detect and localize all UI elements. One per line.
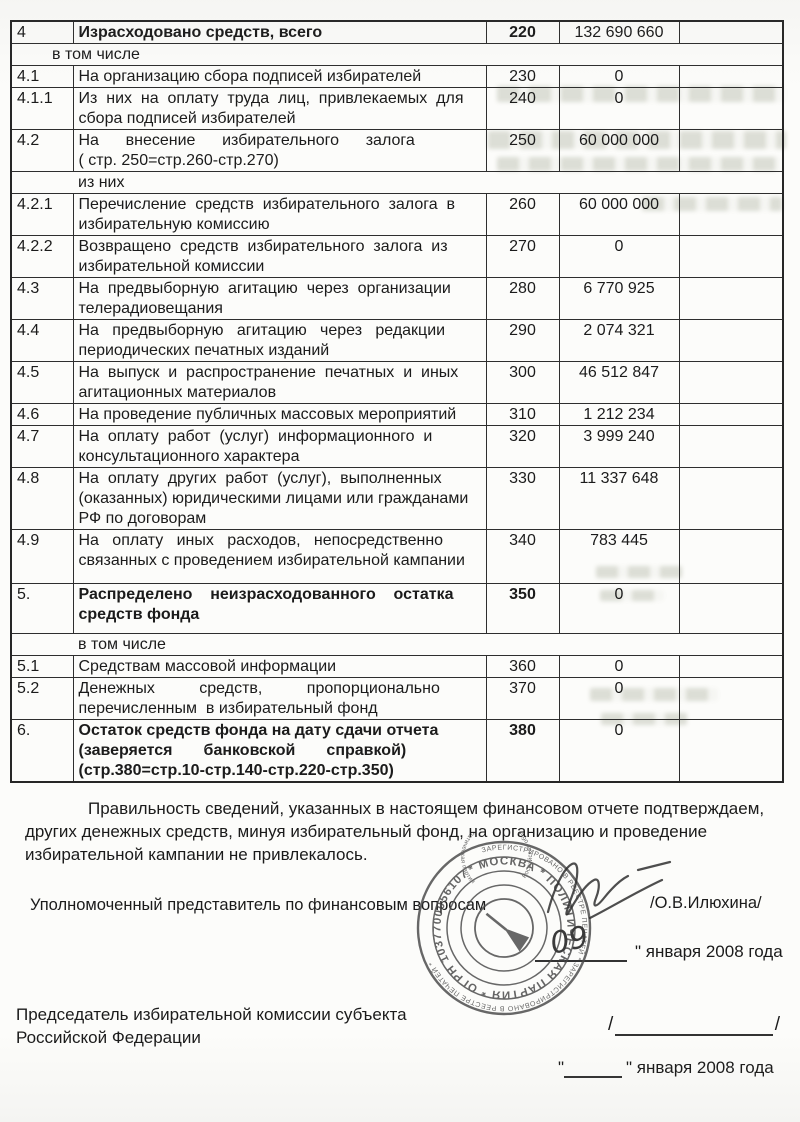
handwritten-marks: 09 bbox=[520, 840, 800, 980]
extra-cell bbox=[679, 426, 783, 468]
row-number-cell: 5. bbox=[11, 584, 73, 634]
row-number-cell: 4.5 bbox=[11, 362, 73, 404]
extra-cell bbox=[679, 468, 783, 530]
chairman-label-line: Российской Федерации bbox=[16, 1026, 407, 1049]
amount-cell: 60 000 000 bbox=[559, 130, 679, 172]
line-code-cell: 250 bbox=[486, 130, 559, 172]
line-code-cell: 380 bbox=[486, 720, 559, 783]
row-number-cell: 4 bbox=[11, 21, 73, 44]
extra-cell bbox=[679, 530, 783, 584]
description-cell: На выпуск и распространение печатных и и… bbox=[73, 362, 486, 404]
table-row-4.9: 4.9 На оплату иных расходов, непосредств… bbox=[11, 530, 783, 584]
table-subheader-row: в том числе bbox=[11, 44, 783, 66]
amount-cell: 46 512 847 bbox=[559, 362, 679, 404]
row-number-cell: 4.1 bbox=[11, 66, 73, 88]
line-code-cell: 240 bbox=[486, 88, 559, 130]
amount-cell: 0 bbox=[559, 720, 679, 783]
amount-cell: 0 bbox=[559, 88, 679, 130]
description-cell: На внесение избирательного залога ( стр.… bbox=[73, 130, 486, 172]
table-row-4.8: 4.8 На оплату других работ (услуг), выпо… bbox=[11, 468, 783, 530]
table-row-4.4: 4.4 На предвыборную агитацию через редак… bbox=[11, 320, 783, 362]
line-code-cell: 340 bbox=[486, 530, 559, 584]
line-code-cell: 230 bbox=[486, 66, 559, 88]
description-cell: На оплату других работ (услуг), выполнен… bbox=[73, 468, 486, 530]
line-code-cell: 290 bbox=[486, 320, 559, 362]
table-row-4.3: 4.3 На предвыборную агитацию через орган… bbox=[11, 278, 783, 320]
line-code-cell: 360 bbox=[486, 656, 559, 678]
handwritten-day: 09 bbox=[547, 919, 592, 961]
description-cell: Денежных средств, пропорционально перечи… bbox=[73, 678, 486, 720]
extra-cell bbox=[679, 66, 783, 88]
table-row-4.5: 4.5 На выпуск и распространение печатных… bbox=[11, 362, 783, 404]
description-cell: На организацию сбора подписей избирателе… bbox=[73, 66, 486, 88]
extra-cell bbox=[679, 194, 783, 236]
line-code-cell: 270 bbox=[486, 236, 559, 278]
extra-cell bbox=[679, 656, 783, 678]
slash: / bbox=[775, 1014, 780, 1036]
description-cell: Возвращено средств избирательного залога… bbox=[73, 236, 486, 278]
extra-cell bbox=[679, 21, 783, 44]
row-number-cell: 4.2 bbox=[11, 130, 73, 172]
line-code-cell: 280 bbox=[486, 278, 559, 320]
table-row-4.6: 4.6 На проведение публичных массовых мер… bbox=[11, 404, 783, 426]
description-cell: На предвыборную агитацию через организац… bbox=[73, 278, 486, 320]
subheader-cell: в том числе bbox=[11, 44, 783, 66]
description-cell: Распределено неизрасходованного остатка … bbox=[73, 584, 486, 634]
table-subheader-row: в том числе bbox=[11, 634, 783, 656]
row-number-cell: 4.4 bbox=[11, 320, 73, 362]
row-number-cell: 4.6 bbox=[11, 404, 73, 426]
line-code-cell: 370 bbox=[486, 678, 559, 720]
table-row-4.2.1: 4.2.1 Перечисление средств избирательног… bbox=[11, 194, 783, 236]
signature-blank-line bbox=[615, 1008, 772, 1036]
amount-cell: 0 bbox=[559, 678, 679, 720]
extra-cell bbox=[679, 720, 783, 783]
extra-cell bbox=[679, 278, 783, 320]
table-row-4.1.1: 4.1.1 Из них на оплату труда лиц, привле… bbox=[11, 88, 783, 130]
amount-cell: 3 999 240 bbox=[559, 426, 679, 468]
amount-cell: 60 000 000 bbox=[559, 194, 679, 236]
line-code-cell: 320 bbox=[486, 426, 559, 468]
statement-line: Правильность сведений, указанных в насто… bbox=[25, 797, 773, 820]
amount-cell: 0 bbox=[559, 656, 679, 678]
row-number-cell: 5.1 bbox=[11, 656, 73, 678]
table-row-5.1: 5.1 Средствам массовой информации 360 0 bbox=[11, 656, 783, 678]
extra-cell bbox=[679, 88, 783, 130]
amount-cell: 0 bbox=[559, 66, 679, 88]
table-row-4.2.2: 4.2.2 Возвращено средств избирательного … bbox=[11, 236, 783, 278]
table-row-6: 6. Остаток средств фонда на дату сдачи о… bbox=[11, 720, 783, 783]
amount-cell: 6 770 925 bbox=[559, 278, 679, 320]
scanned-financial-report-page: 4 Израсходовано средств, всего 220 132 6… bbox=[0, 0, 800, 1122]
amount-cell: 0 bbox=[559, 584, 679, 634]
line-code-cell: 220 bbox=[486, 21, 559, 44]
description-cell: На оплату работ (услуг) информационного … bbox=[73, 426, 486, 468]
amount-cell: 1 212 234 bbox=[559, 404, 679, 426]
description-cell: На оплату иных расходов, непосредственно… bbox=[73, 530, 486, 584]
description-cell: На проведение публичных массовых меропри… bbox=[73, 404, 486, 426]
signature-scribble bbox=[548, 862, 670, 918]
expenditure-table: 4 Израсходовано средств, всего 220 132 6… bbox=[10, 20, 784, 783]
table-row-5.2: 5.2 Денежных средств, пропорционально пе… bbox=[11, 678, 783, 720]
description-cell: Остаток средств фонда на дату сдачи отче… bbox=[73, 720, 486, 783]
line-code-cell: 300 bbox=[486, 362, 559, 404]
date-text: " января 2008 года bbox=[626, 1058, 774, 1078]
date-blank-line bbox=[564, 1056, 622, 1078]
line-code-cell: 310 bbox=[486, 404, 559, 426]
description-cell: Средствам массовой информации bbox=[73, 656, 486, 678]
row-number-cell: 4.7 bbox=[11, 426, 73, 468]
subheader-cell: из них bbox=[11, 172, 783, 194]
amount-cell: 2 074 321 bbox=[559, 320, 679, 362]
row-number-cell: 4.3 bbox=[11, 278, 73, 320]
chairman-date-line: " " января 2008 года bbox=[558, 1056, 774, 1078]
row-number-cell: 4.1.1 bbox=[11, 88, 73, 130]
line-code-cell: 350 bbox=[486, 584, 559, 634]
slash: / bbox=[608, 1014, 613, 1036]
description-cell: Из них на оплату труда лиц, привлекаемых… bbox=[73, 88, 486, 130]
table-row-4.1: 4.1 На организацию сбора подписей избира… bbox=[11, 66, 783, 88]
extra-cell bbox=[679, 362, 783, 404]
subheader-cell: в том числе bbox=[11, 634, 783, 656]
table-row-5: 5. Распределено неизрасходованного остат… bbox=[11, 584, 783, 634]
row-number-cell: 5.2 bbox=[11, 678, 73, 720]
row-number-cell: 4.9 bbox=[11, 530, 73, 584]
extra-cell bbox=[679, 236, 783, 278]
table-subheader-row: из них bbox=[11, 172, 783, 194]
extra-cell bbox=[679, 130, 783, 172]
row-number-cell: 4.8 bbox=[11, 468, 73, 530]
table-row-4: 4 Израсходовано средств, всего 220 132 6… bbox=[11, 21, 783, 44]
chairman-label: Председатель избирательной комиссии субъ… bbox=[16, 1003, 407, 1049]
extra-cell bbox=[679, 678, 783, 720]
row-number-cell: 6. bbox=[11, 720, 73, 783]
amount-cell: 11 337 648 bbox=[559, 468, 679, 530]
table-row-4.7: 4.7 На оплату работ (услуг) информационн… bbox=[11, 426, 783, 468]
description-cell: Перечисление средств избирательного зало… bbox=[73, 194, 486, 236]
line-code-cell: 260 bbox=[486, 194, 559, 236]
description-cell: На предвыборную агитацию через редакции … bbox=[73, 320, 486, 362]
description-cell: Израсходовано средств, всего bbox=[73, 21, 486, 44]
line-code-cell: 330 bbox=[486, 468, 559, 530]
extra-cell bbox=[679, 404, 783, 426]
extra-cell bbox=[679, 584, 783, 634]
row-number-cell: 4.2.1 bbox=[11, 194, 73, 236]
table-row-4.2: 4.2 На внесение избирательного залога ( … bbox=[11, 130, 783, 172]
amount-cell: 0 bbox=[559, 236, 679, 278]
row-number-cell: 4.2.2 bbox=[11, 236, 73, 278]
chairman-signature-line: / / bbox=[608, 1008, 780, 1036]
amount-cell: 132 690 660 bbox=[559, 21, 679, 44]
amount-cell: 783 445 bbox=[559, 530, 679, 584]
seal-arrow-shaft bbox=[486, 912, 506, 932]
chairman-label-line: Председатель избирательной комиссии субъ… bbox=[16, 1003, 407, 1026]
extra-cell bbox=[679, 320, 783, 362]
